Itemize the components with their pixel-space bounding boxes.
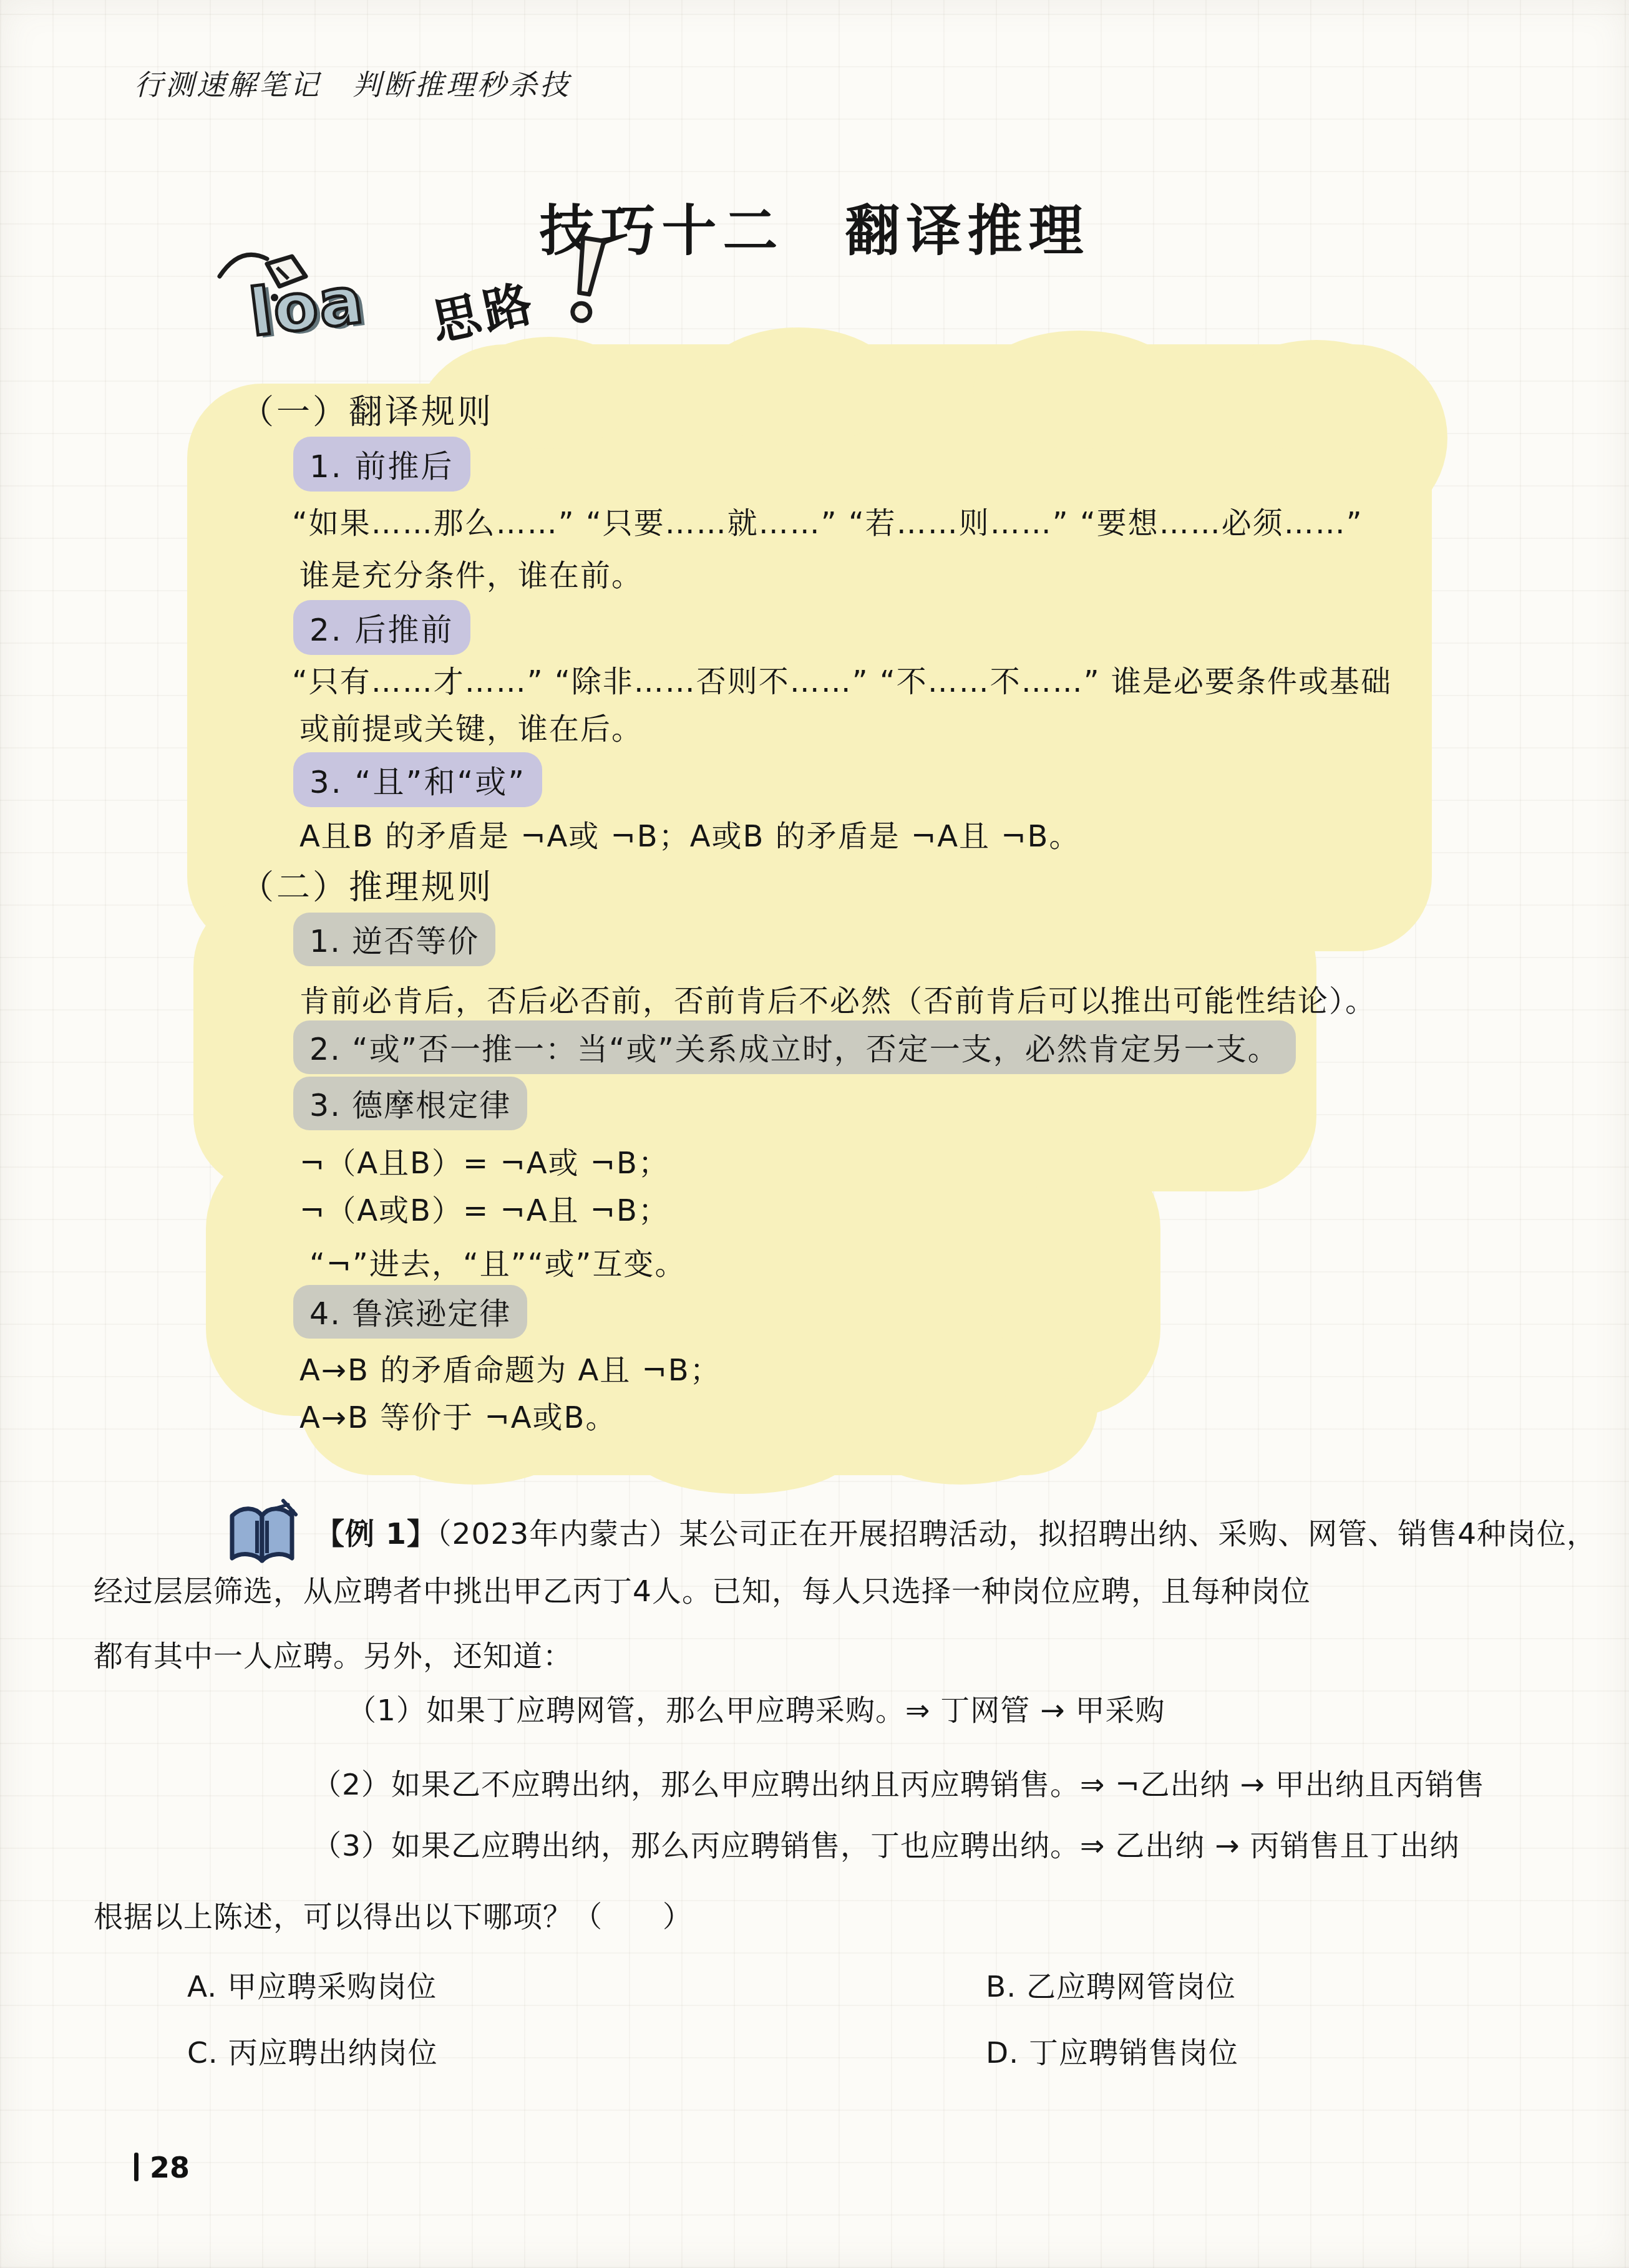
translation-note-2: ⇒ ¬乙出纳 → 甲出纳且丙销售 [1080, 1768, 1485, 1802]
condition-line-1: （1）如果丁应聘网管，那么甲应聘采购。⇒ 丁网管 → 甲采购 [347, 1687, 1165, 1729]
example-line3: 都有其中一人应聘。另外，还知道： [94, 1633, 573, 1675]
option-a: A. 甲应聘采购岗位 [187, 1964, 437, 2005]
condition-line-3: （3）如果乙应聘出纳，那么丙应聘销售，丁也应聘出纳。⇒ 乙出纳 → 丙销售且丁出… [312, 1823, 1460, 1864]
question-line: 根据以上陈述，可以得出以下哪项？（ ） [94, 1894, 693, 1936]
exclamation-doodle-icon [558, 234, 615, 334]
example-first-line: 【例 1】（2023年内蒙古）某公司正在开展招聘活动，拟招聘出纳、采购、网管、销… [315, 1511, 1597, 1553]
rule-forward-line1: “如果……那么……” “只要……就……” “若……则……” “要想……必须……” [292, 499, 1363, 542]
rule-label-robinson: 4. 鲁滨逊定律 [293, 1285, 527, 1339]
condition-line-2: （2）如果乙不应聘出纳，那么甲应聘出纳且丙应聘销售。⇒ ¬乙出纳 → 甲出纳且丙… [312, 1762, 1485, 1803]
demorgan-line3: “¬”进去，“且”“或”互变。 [309, 1240, 686, 1283]
robinson-line1: A→B 的矛盾命题为 A且 ¬B； [299, 1346, 721, 1389]
logo-text: loa [245, 261, 368, 351]
rule-contrapositive-line: 肯前必肯后，否后必否前，否前肯后不必然（否前肯后可以推出可能性结论）。 [299, 977, 1376, 1020]
option-d: D. 丁应聘销售岗位 [986, 2030, 1238, 2072]
robinson-line2: A→B 等价于 ¬A或B。 [299, 1393, 617, 1437]
option-c: C. 丙应聘出纳岗位 [187, 2030, 438, 2072]
section-2-heading: （二）推理规则 [240, 861, 494, 909]
running-header: 行测速解笔记 判断推理秒杀技 [134, 62, 571, 104]
demorgan-line1: ¬（A且B）= ¬A或 ¬B； [299, 1139, 669, 1182]
rule-backward-line2: 或前提或关键，谁在后。 [299, 705, 643, 748]
rule-forward-line2: 谁是充分条件，谁在前。 [299, 551, 643, 594]
example-tag: 【例 1】 [315, 1517, 437, 1551]
rule-label-demorgan: 3. 德摩根定律 [293, 1077, 527, 1130]
scanned-notebook-page: 行测速解笔记 判断推理秒杀技 技巧十二 翻译推理 loa 思路 [0, 0, 1629, 2268]
demorgan-line2: ¬（A或B）= ¬A且 ¬B； [299, 1186, 669, 1229]
open-book-icon [223, 1496, 304, 1571]
rule-and-or-line1: A且B 的矛盾是 ¬A或 ¬B；A或B 的矛盾是 ¬A且 ¬B。 [299, 812, 1081, 855]
rule-label-contrapositive: 1. 逆否等价 [293, 913, 495, 966]
rule-or-elimination-line: 2. “或”否一推一：当“或”关系成立时，否定一支，必然肯定另一支。 [293, 1020, 1296, 1074]
example-line2: 经过层层筛选，从应聘者中挑出甲乙丙丁4人。已知，每人只选择一种岗位应聘，且每种岗… [94, 1568, 1311, 1610]
page-number: 28 [134, 2151, 190, 2184]
option-b: B. 乙应聘网管岗位 [986, 1964, 1236, 2005]
page-number-bar-icon [134, 2153, 139, 2181]
example-line1: （2023年内蒙古）某公司正在开展招聘活动，拟招聘出纳、采购、网管、销售4种岗位… [437, 1517, 1597, 1551]
section-1-heading: （一）翻译规则 [240, 385, 494, 434]
rule-backward-line1: “只有……才……” “除非……否则不……” “不……不……” 谁是必要条件或基础 [292, 657, 1392, 700]
rule-label-backward: 2. 后推前 [293, 600, 470, 655]
translation-note-1: ⇒ 丁网管 → 甲采购 [905, 1694, 1165, 1728]
rule-label-and-or: 3. “且”和“或” [293, 752, 542, 807]
rule-label-forward: 1. 前推后 [293, 437, 470, 492]
translation-note-3: ⇒ 乙出纳 → 丙销售且丁出纳 [1080, 1829, 1460, 1863]
